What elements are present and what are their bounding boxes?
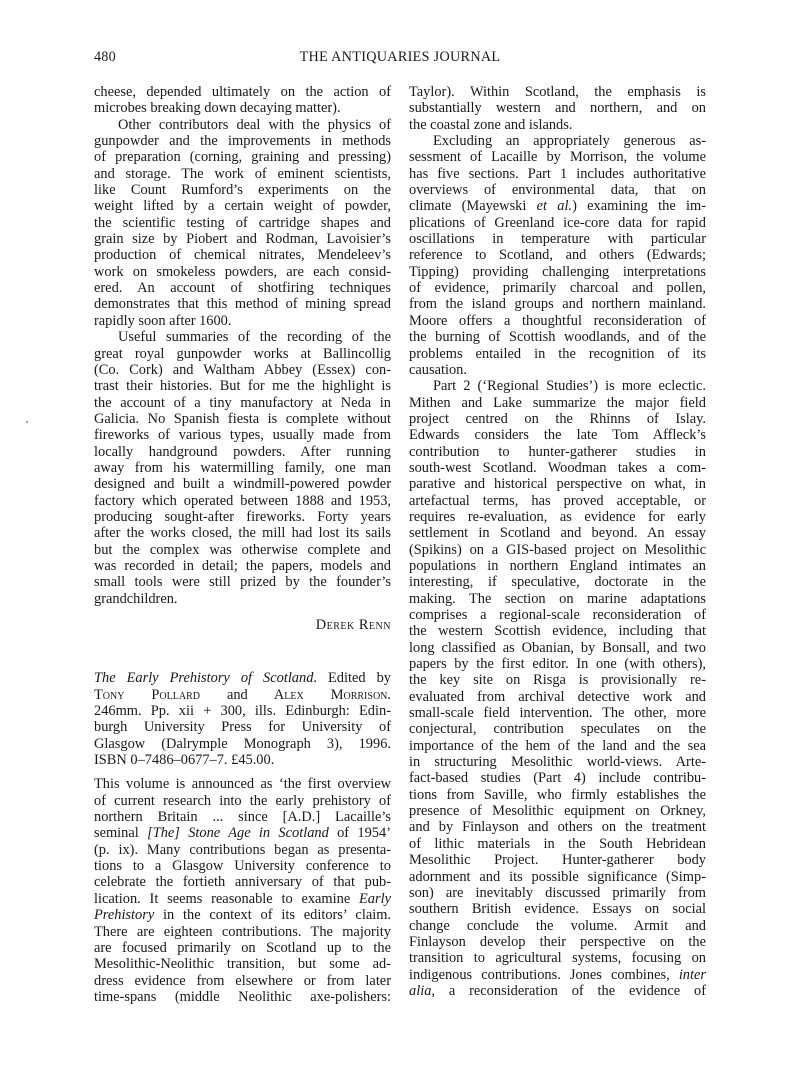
text-line: populations in northern England intimate… — [409, 558, 706, 574]
text-line: rapidly soon after 1600. — [94, 313, 391, 329]
editor-name: Alex Morrison — [274, 687, 387, 703]
text-line: cheese, depended ultimately on the actio… — [94, 84, 391, 100]
text-line: settlement in Scotland and beyond. An es… — [409, 525, 706, 541]
text-line: fireworks of various types, usually made… — [94, 427, 391, 443]
text-line: Other contributors deal with the physics… — [94, 117, 391, 133]
text-line: microbes breaking down decaying matter). — [94, 100, 391, 116]
text-line: long classified as Obanian, by Bonsall, … — [409, 640, 706, 656]
cited-title: [The] Stone Age in Scotland — [147, 825, 329, 841]
text-line: project centred on the Rhinns of Islay. — [409, 411, 706, 427]
text-line: alia, a reconsideration of the evidence … — [409, 983, 706, 999]
text-line: grandchildren. — [94, 591, 391, 607]
text-line: reference to Scotland, and others (Edwar… — [409, 247, 706, 263]
text-line: substantially western and northern, and … — [409, 100, 706, 116]
text-line: producing sought-after fireworks. Forty … — [94, 509, 391, 525]
text-line: son) are inevitably discussed primarily … — [409, 885, 706, 901]
text-line: grain size by Piobert and Rodman, Lavois… — [94, 231, 391, 247]
text-line: demonstrates that this method of mining … — [94, 296, 391, 312]
text-line: and storage. The work of eminent scienti… — [94, 166, 391, 182]
review-heading: The Early Prehistory of Scotland. Edited… — [94, 670, 391, 768]
text-line: dress evidence from elsewhere or from la… — [94, 973, 391, 989]
text-line: and by Finlayson and others on the treat… — [409, 819, 706, 835]
text-line: the key site on Risga is provisionally r… — [409, 672, 706, 688]
editor-name: Tony Pollard — [94, 687, 200, 703]
text-line: Taylor). Within Scotland, the emphasis i… — [409, 84, 706, 100]
text-line: Mithen and Lake summarize the major fiel… — [409, 395, 706, 411]
text-line: trast their histories. But for me the hi… — [94, 378, 391, 394]
text-line: has five sections. Part 1 includes autho… — [409, 166, 706, 182]
text-line: adornment and its possible significance … — [409, 869, 706, 885]
text-line: away from his watermilling family, one m… — [94, 460, 391, 476]
text-line: the scientific testing of cartridge shap… — [94, 215, 391, 231]
text-line: Finlayson develop their perspective on t… — [409, 934, 706, 950]
margin-mark — [26, 421, 28, 423]
publication-details: ISBN 0–7486–0677–7. £45.00. — [94, 752, 391, 768]
text-line: are focused primarily on Scotland up to … — [94, 940, 391, 956]
text-line: celebrate the fortieth anniversary of th… — [94, 874, 391, 890]
text-line: Moore offers a thoughtful reconsideratio… — [409, 313, 706, 329]
previous-review-end: cheese, depended ultimately on the actio… — [94, 84, 391, 607]
text-line: like Count Rumford’s experiments on the — [94, 182, 391, 198]
text-line: the western Scottish evidence, including… — [409, 623, 706, 639]
text-line: Excluding an appropriately generous as- — [409, 133, 706, 149]
reviewer-signature: Derek Renn — [94, 617, 391, 633]
text-line: ered. An account of shotfiring technique… — [94, 280, 391, 296]
text-line: northern Britain ... since [A.D.] Lacail… — [94, 809, 391, 825]
text-line: Part 2 (‘Regional Studies’) is more ecle… — [409, 378, 706, 394]
text-line: (Spikins) on a GIS-based project on Meso… — [409, 542, 706, 558]
text-line: plications of Greenland ice-core data fo… — [409, 215, 706, 231]
text-line: was recorded in detail; the papers, mode… — [94, 558, 391, 574]
text-line: the burning of Scottish woodlands, and o… — [409, 329, 706, 345]
text-line: papers by the first editor. In one (with… — [409, 656, 706, 672]
text-line: production of chemical nitrates, Mendele… — [94, 247, 391, 263]
text-line: factory which operated between 1888 and … — [94, 493, 391, 509]
text-line: Tipping) providing challenging interpret… — [409, 264, 706, 280]
text-line: problems entailed in the recognition of … — [409, 346, 706, 362]
text-line: tions from Saville, who firmly establish… — [409, 787, 706, 803]
text-line: interesting, if speculative, doctorate i… — [409, 574, 706, 590]
text-line: of current research into the early prehi… — [94, 793, 391, 809]
text-line: gunpowder and the improvements in method… — [94, 133, 391, 149]
edited-by-label: . Edited by — [313, 670, 391, 686]
text-line: comprises a regional-scale reconsiderati… — [409, 607, 706, 623]
text-line: small-scale field intervention. The othe… — [409, 705, 706, 721]
text-line: weight lifted by a certain weight of pow… — [94, 198, 391, 214]
text-line: Edwards considers the late Tom Affleck’s — [409, 427, 706, 443]
text-line: Mesolithic-Neolithic transition, but som… — [94, 956, 391, 972]
text-line: parative and historical perspective on w… — [409, 476, 706, 492]
text-line: importance of the hem of the land and th… — [409, 738, 706, 754]
text-line: evaluated from archival detective work a… — [409, 689, 706, 705]
text-line: indigenous contributions. Jones combines… — [409, 967, 706, 983]
text-line: fact-based studies (Part 4) include cont… — [409, 770, 706, 786]
text-line: conjectural, contribution speculates on … — [409, 721, 706, 737]
text-line: contribution to hunter-gatherer studies … — [409, 444, 706, 460]
text-line: great royal gunpowder works at Ballincol… — [94, 346, 391, 362]
text-line: climate (Mayewski et al.) examining the … — [409, 198, 706, 214]
text-line: Galicia. No Spanish fiesta is complete w… — [94, 411, 391, 427]
paragraph: Part 2 (‘Regional Studies’) is more ecle… — [409, 378, 706, 999]
text-line: designed and built a windmill-powered po… — [94, 476, 391, 492]
text-line: Prehistory in the context of its editors… — [94, 907, 391, 923]
text-line: Mesolithic Project. Hunter-gatherer body — [409, 852, 706, 868]
publication-details: Glasgow (Dalrymple Monograph 3), 1996. — [94, 736, 391, 752]
text-line: work on smokeless powders, are each cons… — [94, 264, 391, 280]
text-line: of evidence, primarily charcoal and poll… — [409, 280, 706, 296]
publication-details: burgh University Press for University of — [94, 719, 391, 735]
text-line: but the complex was otherwise complete a… — [94, 542, 391, 558]
text-line: requires re-evaluation, as evidence for … — [409, 509, 706, 525]
running-head: 480 THE ANTIQUARIES JOURNAL — [94, 47, 706, 67]
review-body: This volume is announced as ‘the first o… — [94, 776, 391, 1005]
text-line: the coastal zone and islands. — [409, 117, 706, 133]
text-line: sessment of Lacaille by Morrison, the vo… — [409, 149, 706, 165]
text-line: There are eighteen contributions. The ma… — [94, 924, 391, 940]
text-line: in structuring Mesolithic world-views. A… — [409, 754, 706, 770]
paragraph: Taylor). Within Scotland, the emphasis i… — [409, 84, 706, 133]
text-line: overviews of environmental data, that on — [409, 182, 706, 198]
text-line: time-spans (middle Neolithic axe-polishe… — [94, 989, 391, 1005]
text-line: after the works closed, the mill had los… — [94, 525, 391, 541]
left-column: cheese, depended ultimately on the actio… — [94, 84, 391, 1005]
text-line: causation. — [409, 362, 706, 378]
text-line: (p. ix). Many contributions began as pre… — [94, 842, 391, 858]
text-line: making. The section on marine adaptation… — [409, 591, 706, 607]
text-line: (Co. Cork) and Waltham Abbey (Essex) con… — [94, 362, 391, 378]
text-line: change conclude the volume. Armit and — [409, 918, 706, 934]
text-line: south-west Scotland. Woodman takes a com… — [409, 460, 706, 476]
text-line: from the island groups and northern main… — [409, 296, 706, 312]
text-line: seminal [The] Stone Age in Scotland of 1… — [94, 825, 391, 841]
text-line: oscillations in temperature with particu… — [409, 231, 706, 247]
text-line: presence of Mesolithic equipment on Orkn… — [409, 803, 706, 819]
text-line: transition to agricultural systems, focu… — [409, 950, 706, 966]
text-line: the account of a tiny manufactory at Ned… — [94, 395, 391, 411]
text-line: This volume is announced as ‘the first o… — [94, 776, 391, 792]
paragraph: Excluding an appropriately generous as- … — [409, 133, 706, 378]
text-line: lication. It seems reasonable to examine… — [94, 891, 391, 907]
journal-title: THE ANTIQUARIES JOURNAL — [94, 47, 706, 67]
right-column: Taylor). Within Scotland, the emphasis i… — [409, 84, 706, 999]
text-line: of preparation (corning, graining and pr… — [94, 149, 391, 165]
text-line: artefactual terms, has proved acceptable… — [409, 493, 706, 509]
conjunction: and — [227, 687, 248, 703]
text-line: of lithic materials in the South Hebride… — [409, 836, 706, 852]
text-line: tions to a Glasgow University conference… — [94, 858, 391, 874]
publication-details: 246mm. Pp. xii + 300, ills. Edinburgh: E… — [94, 703, 391, 719]
text-line: small tools were still prized by the fou… — [94, 574, 391, 590]
text-line: locally handground powders. After runnin… — [94, 444, 391, 460]
book-title: The Early Prehistory of Scotland — [94, 670, 313, 686]
text-line: southern British evidence. Essays on soc… — [409, 901, 706, 917]
text-line: Useful summaries of the recording of the — [94, 329, 391, 345]
